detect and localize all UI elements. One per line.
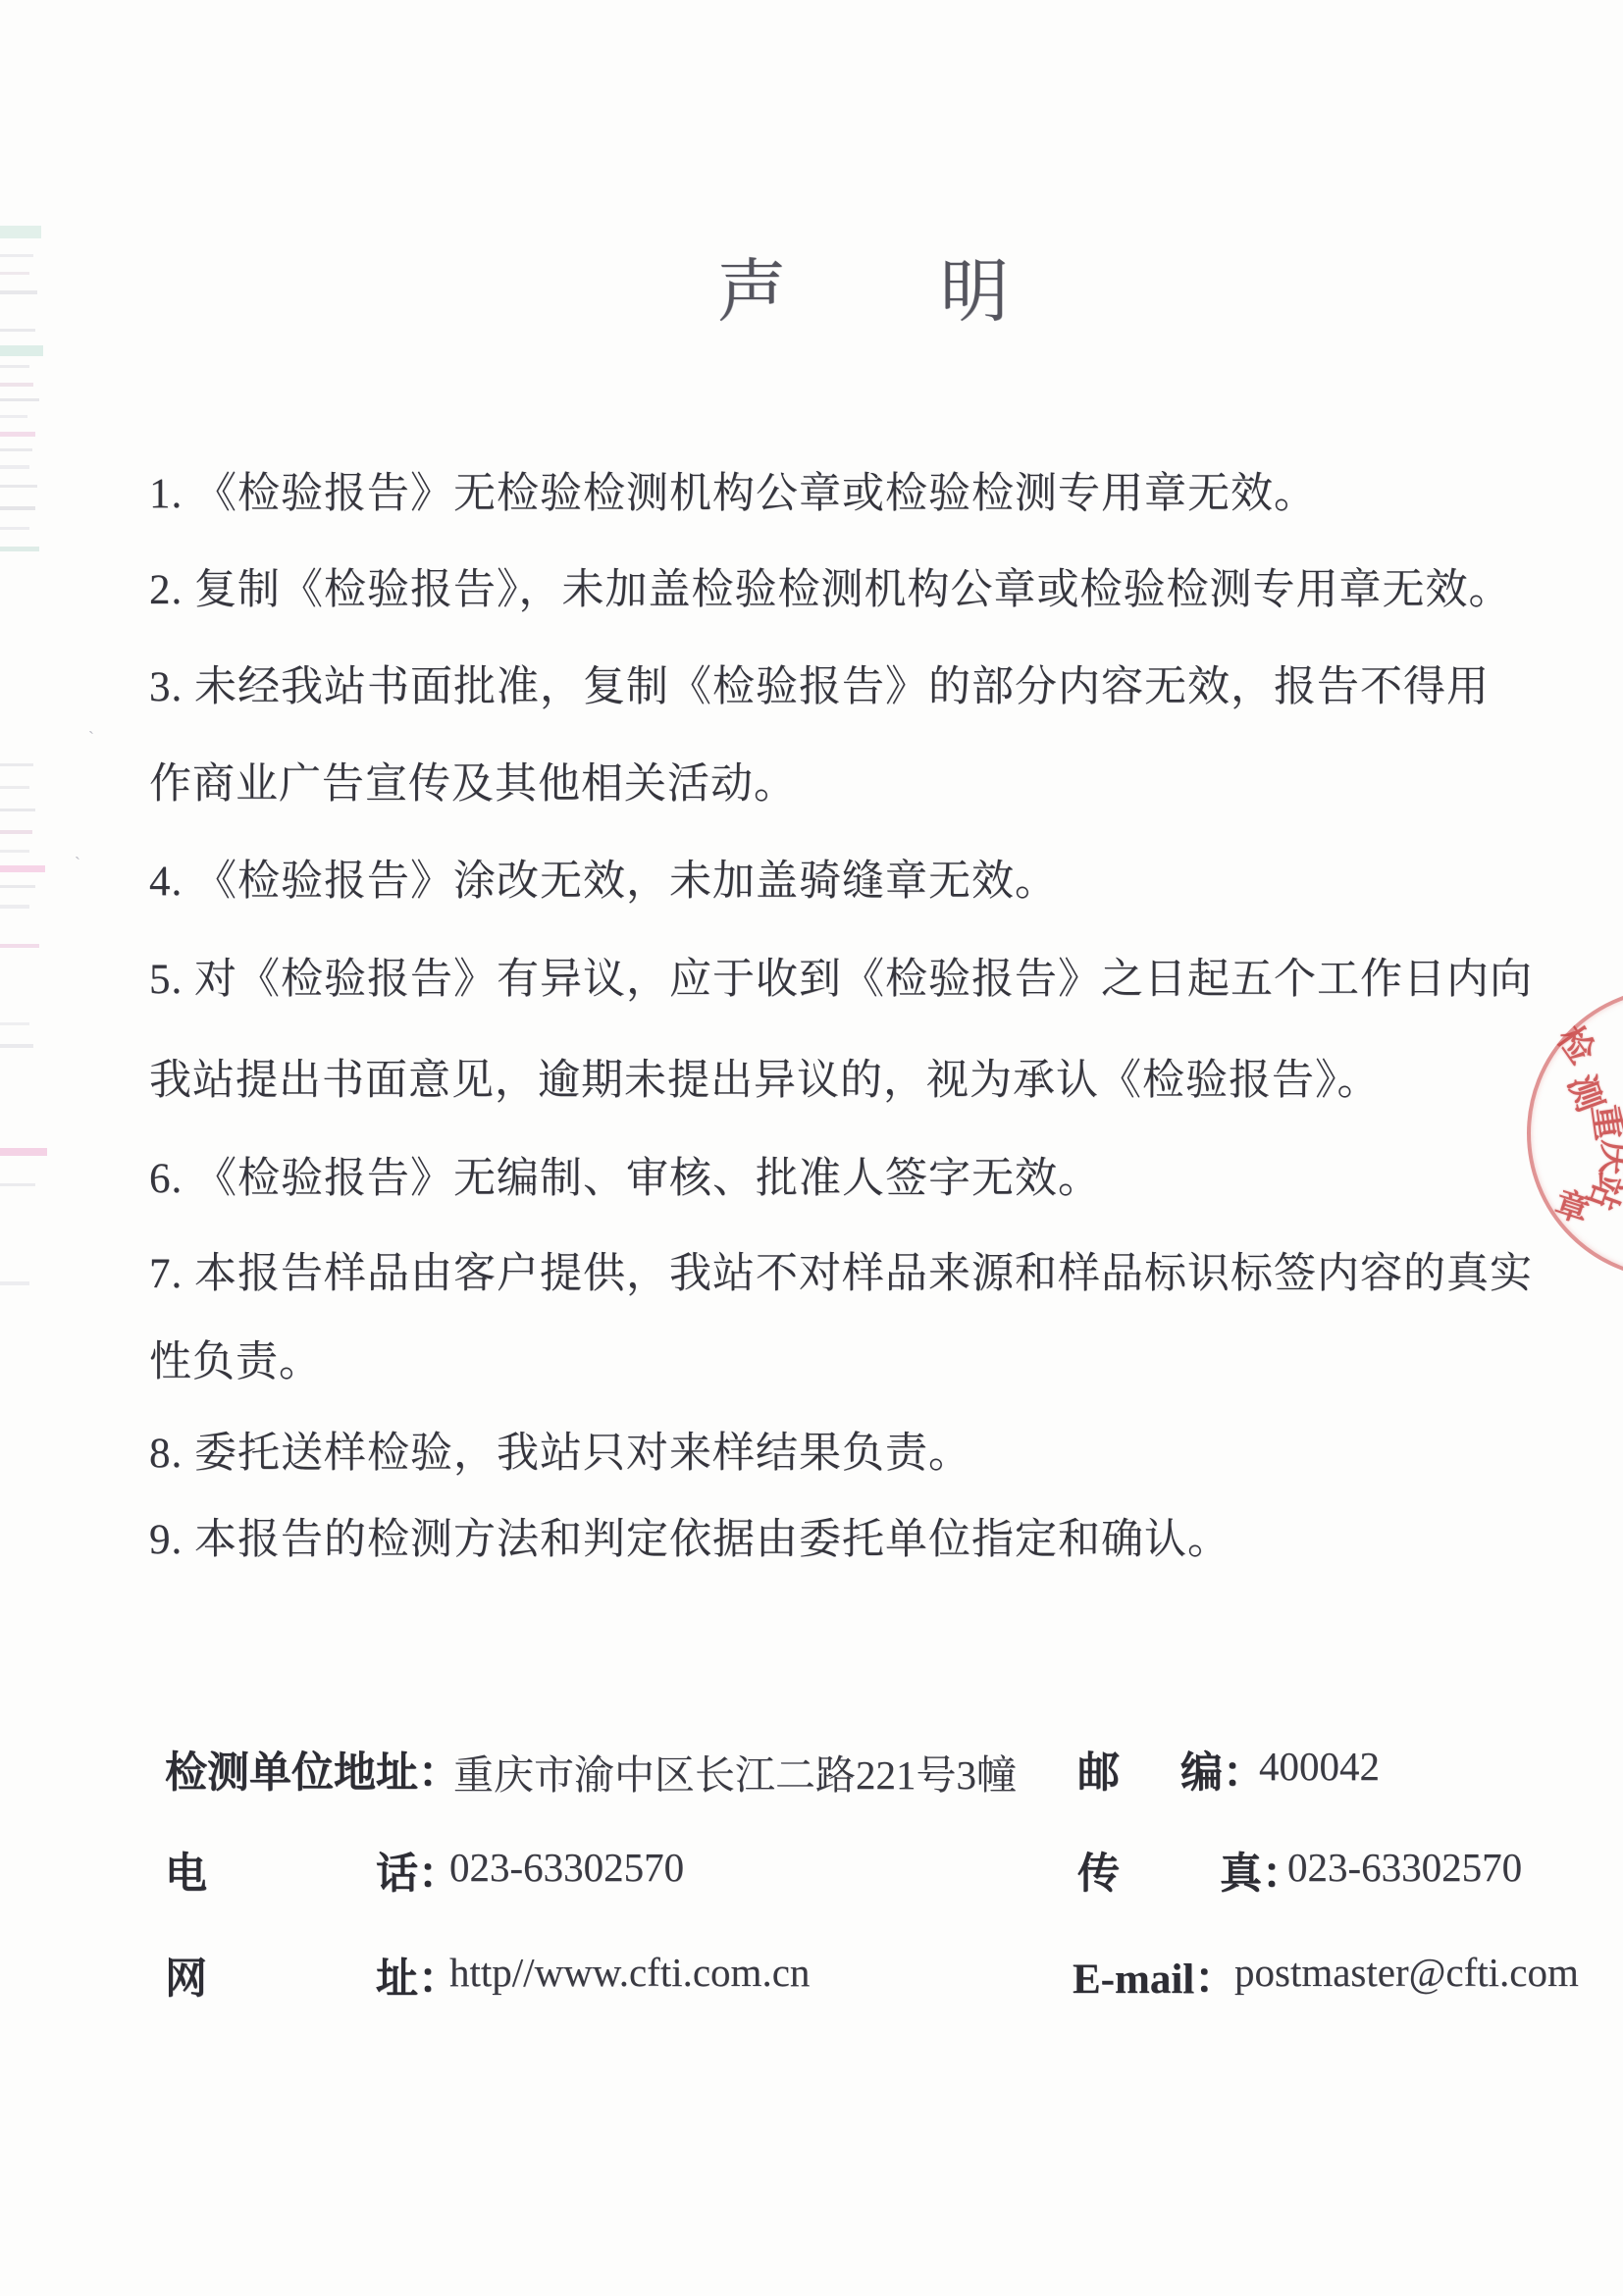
scan-artifact: [0, 329, 35, 332]
scan-artifact: [0, 865, 45, 872]
scan-artifact: [0, 398, 39, 401]
statement-line-8: 8. 委托送样检验，我站只对来样结果负责。: [149, 1430, 971, 1478]
scan-artifact: [0, 254, 33, 257]
postcode-label: 邮: [1077, 1740, 1120, 1800]
scan-speck: `: [75, 854, 80, 874]
fax-value: 023-63302570: [1287, 1844, 1522, 1891]
scan-artifact: [0, 226, 41, 238]
scan-artifact: [0, 1148, 47, 1156]
scan-artifact: [0, 345, 43, 356]
scan-artifact: [0, 547, 39, 551]
scan-artifact: [0, 272, 29, 275]
scan-artifact: [0, 1044, 33, 1048]
scan-artifact: [0, 365, 29, 368]
statement-line-3: 3. 未经我站书面批准，复制《检验报告》的部分内容无效，报告不得用: [149, 663, 1490, 711]
postcode-value: 400042: [1259, 1743, 1380, 1790]
scanned-statement-page: ` ` 声明 1. 《检验报告》无检验检测机构公章或检验检测专用章无效。 2. …: [0, 0, 1623, 2296]
scan-artifact: [0, 830, 32, 834]
scan-artifact: [0, 290, 37, 294]
scan-artifact: [0, 944, 39, 948]
statement-line-9: 9. 本报告的检测方法和判定依据由委托单位指定和确认。: [149, 1516, 1230, 1564]
address-value: 重庆市渝中区长江二路221号3幢: [453, 1743, 1017, 1800]
scan-artifact: [0, 786, 29, 789]
website-label-2: 址：: [376, 1946, 460, 2006]
statement-line-7b: 性负责。: [149, 1338, 322, 1386]
address-label: 检测单位地址：: [165, 1740, 460, 1800]
scan-artifact: [0, 383, 33, 387]
statement-line-2: 2. 复制《检验报告》，未加盖检验检测机构公章或检验检测专用章无效。: [149, 566, 1512, 614]
red-seal-char: 重: [1582, 1101, 1623, 1143]
scan-artifact: [0, 448, 32, 451]
scan-artifact: [0, 485, 37, 488]
scan-speck: `: [88, 728, 94, 749]
statement-line-6: 6. 《检验报告》无编制、审核、批准人签字无效。: [149, 1155, 1101, 1203]
statement-line-1: 1. 《检验报告》无检验检测机构公章或检验检测专用章无效。: [149, 470, 1317, 518]
statement-line-5b: 我站提出书面意见，逾期未提出异议的，视为承认《检验报告》。: [149, 1057, 1381, 1105]
statement-line-7: 7. 本报告样品由客户提供，我站不对样品来源和样品标识标签内容的真实: [149, 1250, 1533, 1298]
statement-line-4: 4. 《检验报告》涂改无效，未加盖骑缝章无效。: [149, 858, 1058, 906]
scan-artifact: [0, 506, 35, 510]
scan-artifact: [0, 527, 29, 530]
website-label: 网: [165, 1946, 207, 2006]
phone-label-2: 话：: [376, 1841, 460, 1901]
fax-label: 传: [1077, 1841, 1120, 1901]
email-value: postmaster@cfti.com: [1234, 1949, 1579, 1996]
scan-artifact: [0, 905, 29, 909]
scan-artifact: [0, 809, 35, 811]
scan-artifact: [0, 465, 29, 469]
scan-artifact: [0, 415, 27, 418]
scan-artifact: [0, 850, 29, 853]
page-title: 声明: [717, 255, 1163, 331]
scan-artifact: [0, 763, 33, 766]
scan-artifact: [0, 1281, 29, 1285]
scan-artifact: [0, 1022, 29, 1025]
statement-line-3b: 作商业广告宣传及其他相关活动。: [149, 760, 797, 809]
email-label: E-mail：: [1073, 1946, 1236, 2006]
phone-label: 电: [165, 1841, 207, 1901]
phone-value: 023-63302570: [449, 1844, 684, 1891]
statement-line-5: 5. 对《检验报告》有异议，应于收到《检验报告》之日起五个工作日内向: [149, 956, 1533, 1004]
scan-artifact: [0, 885, 35, 888]
postcode-label-2: 编：: [1180, 1740, 1265, 1800]
scan-artifact: [0, 432, 35, 437]
website-value: http//www.cfti.com.cn: [449, 1949, 810, 1996]
scan-artifact: [0, 1183, 35, 1186]
